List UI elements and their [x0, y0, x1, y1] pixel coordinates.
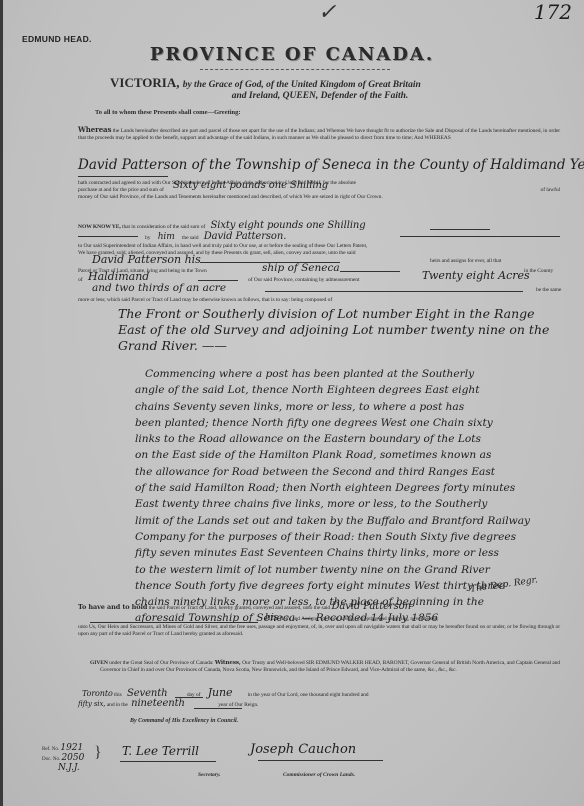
bounds-line: links to the Road allowance on the Easte…: [135, 431, 580, 447]
payer-handwritten: David Patterson.: [204, 231, 287, 242]
sovereign-styling-2: and Ireland, QUEEN, Defender of the Fait…: [110, 91, 530, 101]
folio-number: 172: [534, 0, 572, 24]
habendum-grantee-handwritten: David Patterson: [331, 601, 410, 612]
habendum-text-2: Heirs and Assigns, for ever; saving, exc…: [279, 616, 438, 622]
price-handwritten: Sixty eight pounds one Shilling: [173, 182, 328, 189]
habendum-text: the said Parcel or Tract of Land, hereby…: [149, 605, 330, 611]
contract-clause: hath contracted and agreed to and with O…: [78, 180, 560, 202]
bounds-line: to the western limit of lot number twent…: [135, 562, 580, 578]
know-ye-lead: NOW KNOW YE,: [78, 224, 121, 230]
reign-year-handwritten: nineteenth: [131, 698, 185, 709]
title-rule: [200, 69, 390, 70]
more-or-less-text: more or less; which said Parcel or Tract…: [78, 297, 560, 304]
greeting: To all to whom these Presents shall come…: [95, 109, 241, 116]
blank-line: [78, 236, 138, 237]
lot-description: The Front or Southerly division of Lot n…: [118, 306, 578, 354]
bounds-line: Commencing where a post has been planted…: [135, 366, 580, 382]
secretary-title: Secretary.: [198, 772, 221, 778]
description-line: Grand River. ——: [118, 338, 578, 354]
signature-line: [120, 761, 216, 762]
contract-text-2b: of lawful: [541, 187, 560, 194]
witness-word: Witness,: [215, 660, 241, 666]
bounds-line: limit of the Lands set out and taken by …: [135, 513, 580, 529]
land-grant-document: ✓ 172 EDMUND HEAD. PROVINCE OF CANADA. V…: [0, 0, 584, 806]
contract-price-row: purchase at and for the price and sum of…: [78, 187, 560, 194]
grantee-handwritten: David Patterson his: [92, 253, 201, 266]
bounds-line: Company for the purposes of their Road: …: [135, 529, 580, 545]
habendum-text-3: unto Us, Our Heirs and Successors, all M…: [78, 624, 560, 638]
heirs-text: heirs and assigns for ever, all that: [430, 258, 501, 265]
sovereign-styling-1: by the Grace of God, of the United Kingd…: [183, 80, 421, 90]
blank-line: [90, 622, 258, 623]
sovereign-name: VICTORIA,: [110, 75, 179, 90]
document-title: PROVINCE OF CANADA.: [0, 44, 584, 65]
this-word: this: [114, 692, 122, 698]
secretary-signature: T. Lee Terrill: [122, 744, 199, 758]
blank-line: [430, 229, 490, 230]
province-text: of Our said Province, containing by adme…: [248, 277, 359, 284]
habendum-clause: To have and to hold the said Parcel or T…: [78, 603, 560, 612]
ref-label-2: Doc. No.: [42, 757, 60, 762]
township-handwritten: ship of Seneca: [262, 262, 340, 274]
bounds-line: angle of the said Lot, thence North Eigh…: [135, 382, 580, 398]
habendum-row-2: his Heirs and Assigns, for ever; saving,…: [265, 615, 560, 623]
whereas-lead: Whereas: [78, 125, 111, 134]
by-handwritten: him: [158, 232, 175, 242]
ref-initials: N.J.J.: [58, 763, 80, 773]
scan-border: [0, 0, 3, 806]
given-clause: GIVEN under the Great Seal of Our Provin…: [100, 660, 560, 674]
governor-name: EDMUND HEAD.: [22, 34, 92, 44]
signature-line: [258, 760, 383, 761]
ref-number-2: 2050: [61, 753, 84, 763]
bounds-line: the allowance for Road between the Secon…: [135, 464, 580, 480]
whereas-clause: Whereas the Lands hereinafter described …: [78, 126, 560, 142]
acreage-handwritten: Twenty eight Acres: [422, 269, 530, 282]
fifty-handwritten: fifty six,: [78, 700, 105, 708]
habendum-lead: To have and to hold: [78, 603, 147, 611]
commissioner-signature: Joseph Cauchon: [250, 742, 356, 757]
be-same: be the same: [536, 287, 561, 294]
by-clause: by him the said David Patterson.: [145, 233, 286, 242]
whereas-text: the Lands hereinafter described are part…: [78, 128, 560, 141]
given-text-a: under the Great Seal of Our Province of …: [109, 660, 213, 666]
check-mark: ✓: [318, 0, 336, 25]
description-line: The Front or Southerly division of Lot n…: [118, 306, 578, 322]
bounds-line: fifty seven minutes East Seventeen Chain…: [135, 545, 580, 561]
blank-line: [265, 291, 523, 292]
given-lead: GIVEN: [90, 660, 108, 666]
contract-text-2a: purchase at and for the price and sum of: [78, 187, 164, 193]
grantee-line: David Patterson of the Township of Senec…: [78, 157, 584, 173]
month-handwritten: June: [208, 686, 233, 699]
of-word: of: [78, 277, 82, 284]
contract-text-3: money of Our said Province, of the Lands…: [78, 194, 560, 201]
bounds-line: chains Seventy seven links, more or less…: [135, 399, 580, 415]
reference-numbers: Ref. No. 1921 Doc. No. 2050 N.J.J.: [42, 744, 84, 774]
by-command: By Command of His Excellency in Council.: [130, 718, 238, 724]
paid-text: to Our said Superintendent of Indian Aff…: [78, 243, 560, 250]
the-said: the said: [182, 235, 198, 241]
blank-line: [400, 236, 560, 237]
year-text: in the year of Our Lord, one thousand ei…: [248, 692, 369, 698]
blank-line: [198, 280, 238, 281]
by-word: by: [145, 235, 150, 241]
know-ye-text: that in consideration of the said sum of: [122, 224, 205, 230]
brace: }: [94, 744, 102, 762]
ref-label-1: Ref. No.: [42, 747, 59, 752]
description-line: East of the old Survey and adjoining Lot…: [118, 322, 578, 338]
grantee-underline: [78, 176, 168, 177]
bounds-line: East twenty three chains five links, mor…: [135, 496, 580, 512]
sovereign-heading: VICTORIA, by the Grace of God, of the Un…: [110, 75, 530, 101]
bounds-line: been planted; thence North fifty one deg…: [135, 415, 580, 431]
and-in-the: and in the: [107, 702, 128, 708]
acreage-handwritten-2: and two thirds of an acre: [92, 282, 226, 294]
bounds-line: of the said Hamilton Road; then North ei…: [135, 480, 580, 496]
his-handwritten: his: [265, 613, 278, 623]
ref-number-1: 1921: [60, 743, 83, 753]
bounds-line: on the East side of the Hamilton Plank R…: [135, 447, 580, 463]
blank-line: [194, 708, 242, 709]
sum-handwritten: Sixty eight pounds one Shilling: [210, 220, 365, 231]
commissioner-title: Commissioner of Crown Lands.: [283, 772, 355, 778]
blank-line: [340, 271, 400, 272]
at-place-handwritten: Toronto: [82, 689, 113, 698]
